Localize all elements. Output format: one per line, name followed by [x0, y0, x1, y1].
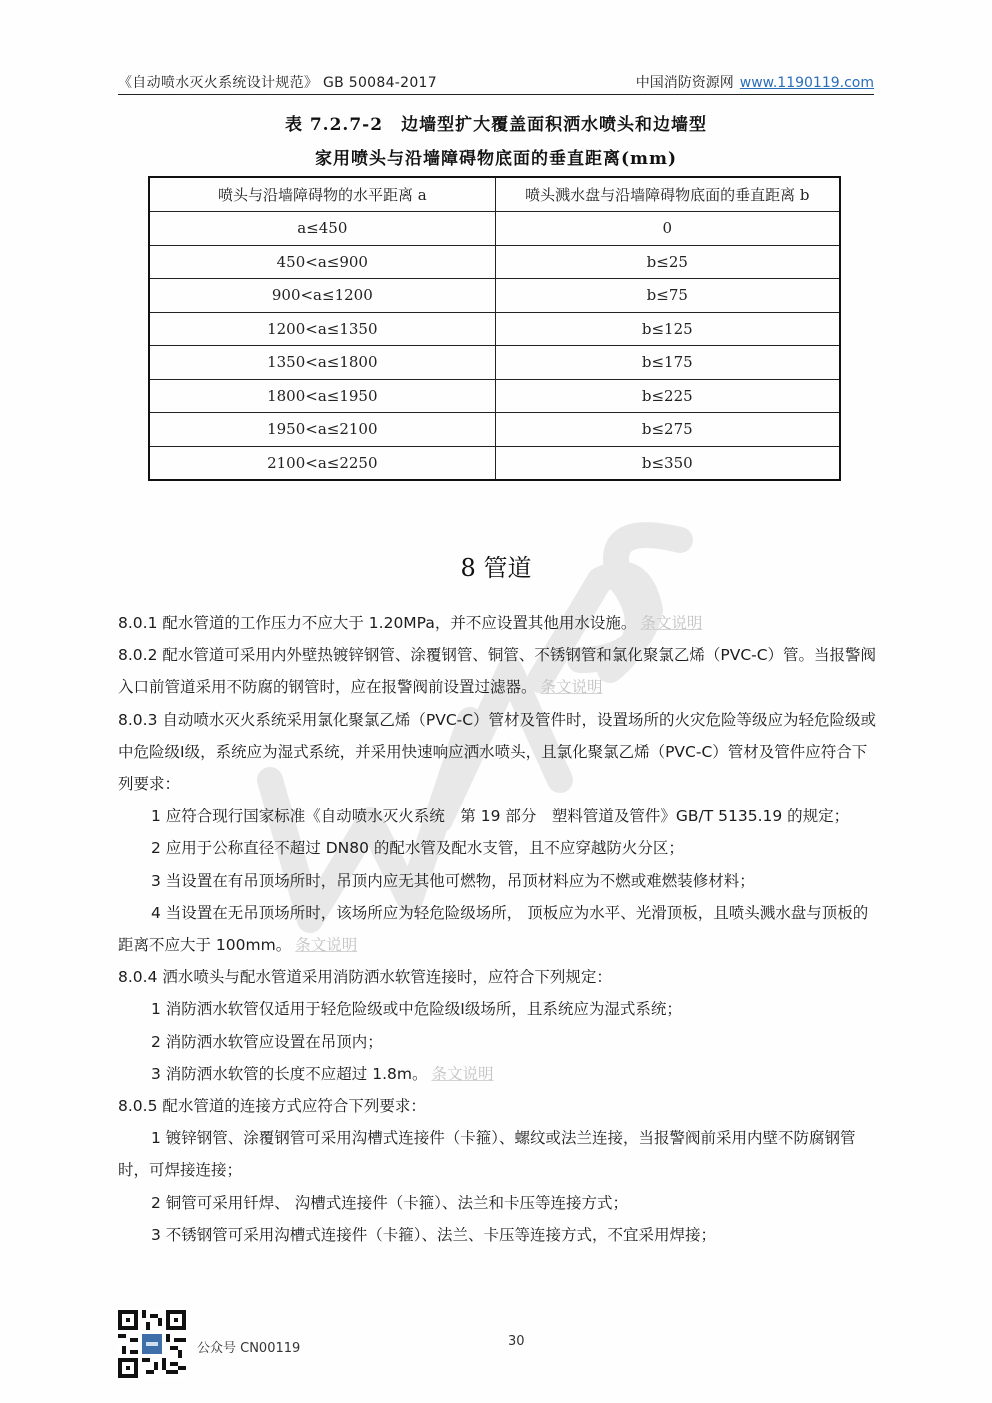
table-row: 450<a≤900b≤25: [149, 245, 840, 279]
clause-8-0-4-item-2: 2 消防洒水软管应设置在吊顶内；: [118, 1026, 880, 1058]
table-row: 900<a≤1200b≤75: [149, 279, 840, 313]
page-number: 30: [508, 1334, 525, 1349]
clause-text: 3 消防洒水软管的长度不应超过 1.8m。: [151, 1065, 427, 1083]
cell-a: 2100<a≤2250: [149, 446, 495, 480]
running-header: 《自动喷水灭火系统设计规范》 GB 50084-2017 中国消防资源网www.…: [118, 72, 874, 95]
table-row: 1950<a≤2100b≤275: [149, 413, 840, 447]
qr-code-icon[interactable]: [118, 1310, 186, 1378]
clause-8-0-3-item-3: 3 当设置在有吊顶场所时，吊顶内应无其他可燃物，吊顶材料应为不燃或难燃装修材料；: [118, 865, 880, 897]
clause-8-0-1: 8.0.1 配水管道的工作压力不应大于 1.20MPa，并不应设置其他用水设施。…: [118, 607, 880, 639]
clause-note-link[interactable]: 条文说明: [295, 936, 357, 954]
cell-b: b≤350: [495, 446, 840, 480]
clause-note-link[interactable]: 条文说明: [640, 614, 702, 632]
clause-body: 8.0.1 配水管道的工作压力不应大于 1.20MPa，并不应设置其他用水设施。…: [118, 607, 880, 1251]
table-row: 1800<a≤1950b≤225: [149, 379, 840, 413]
table-row: 1350<a≤1800b≤175: [149, 346, 840, 380]
cell-b: b≤75: [495, 279, 840, 313]
cell-b: b≤125: [495, 312, 840, 346]
site-name: 中国消防资源网: [636, 75, 734, 91]
cell-a: 1800<a≤1950: [149, 379, 495, 413]
table-row: 1200<a≤1350b≤125: [149, 312, 840, 346]
clause-text: 4 当设置在无吊顶场所时，该场所应为轻危险级场所， 顶板应为水平、光滑顶板，且喷…: [118, 904, 868, 954]
cell-b: b≤225: [495, 379, 840, 413]
table-header-row: 喷头与沿墙障碍物的水平距离 a 喷头溅水盘与沿墙障碍物底面的垂直距离 b: [149, 177, 840, 212]
wechat-account-label: 公众号 CN00119: [197, 1337, 300, 1356]
clause-8-0-5: 8.0.5 配水管道的连接方式应符合下列要求：: [118, 1090, 880, 1122]
clause-text: 8.0.1 配水管道的工作压力不应大于 1.20MPa，并不应设置其他用水设施。: [118, 614, 636, 632]
clause-8-0-3-item-2: 2 应用于公称直径不超过 DN80 的配水管及配水支管，且不应穿越防火分区；: [118, 832, 880, 864]
clause-8-0-5-item-3: 3 不锈钢管可采用沟槽式连接件（卡箍）、法兰、卡压等连接方式，不宜采用焊接；: [118, 1219, 880, 1251]
cell-a: 1950<a≤2100: [149, 413, 495, 447]
clause-8-0-3-item-1: 1 应符合现行国家标准《自动喷水灭火系统 第 19 部分 塑料管道及管件》GB/…: [118, 800, 880, 832]
cell-b: 0: [495, 212, 840, 246]
clause-8-0-4-item-3: 3 消防洒水软管的长度不应超过 1.8m。条文说明: [118, 1058, 880, 1090]
cell-b: b≤275: [495, 413, 840, 447]
cell-a: 900<a≤1200: [149, 279, 495, 313]
clause-8-0-5-item-1: 1 镀锌钢管、涂覆钢管可采用沟槽式连接件（卡箍）、螺纹或法兰连接，当报警阀前采用…: [118, 1122, 880, 1186]
clause-text: 8.0.2 配水管道可采用内外壁热镀锌钢管、涂覆钢管、铜管、不锈钢管和氯化聚氯乙…: [118, 646, 876, 696]
cell-a: 450<a≤900: [149, 245, 495, 279]
cell-b: b≤25: [495, 245, 840, 279]
clause-8-0-2: 8.0.2 配水管道可采用内外壁热镀锌钢管、涂覆钢管、铜管、不锈钢管和氯化聚氯乙…: [118, 639, 880, 703]
table-row: a≤4500: [149, 212, 840, 246]
clause-8-0-3-item-4: 4 当设置在无吊顶场所时，该场所应为轻危险级场所， 顶板应为水平、光滑顶板，且喷…: [118, 897, 880, 961]
column-header-horizontal-distance: 喷头与沿墙障碍物的水平距离 a: [149, 177, 495, 212]
clause-8-0-4-item-1: 1 消防洒水软管仅适用于轻危险级或中危险级Ⅰ级场所，且系统应为湿式系统；: [118, 993, 880, 1025]
clause-note-link[interactable]: 条文说明: [431, 1065, 493, 1083]
section-title: 8 管道: [0, 548, 992, 583]
table-caption-line-1: 表 7.2.7-2 边墙型扩大覆盖面积洒水喷头和边墙型: [0, 110, 992, 135]
clause-8-0-4: 8.0.4 洒水喷头与配水管道采用消防洒水软管连接时，应符合下列规定：: [118, 961, 880, 993]
clause-8-0-5-item-2: 2 铜管可采用钎焊、 沟槽式连接件（卡箍）、法兰和卡压等连接方式；: [118, 1187, 880, 1219]
document-page: 《自动喷水灭火系统设计规范》 GB 50084-2017 中国消防资源网www.…: [0, 0, 992, 1403]
cell-a: 1350<a≤1800: [149, 346, 495, 380]
column-header-vertical-distance: 喷头溅水盘与沿墙障碍物底面的垂直距离 b: [495, 177, 840, 212]
site-credit: 中国消防资源网www.1190119.com: [636, 72, 874, 92]
table-caption-line-2: 家用喷头与沿墙障碍物底面的垂直距离(mm): [0, 144, 992, 169]
cell-a: a≤450: [149, 212, 495, 246]
cell-b: b≤175: [495, 346, 840, 380]
clause-note-link[interactable]: 条文说明: [541, 678, 603, 696]
clause-8-0-3: 8.0.3 自动喷水灭火系统采用氯化聚氯乙烯（PVC-C）管材及管件时，设置场所…: [118, 704, 880, 801]
table-row: 2100<a≤2250b≤350: [149, 446, 840, 480]
cell-a: 1200<a≤1350: [149, 312, 495, 346]
distance-table: 喷头与沿墙障碍物的水平距离 a 喷头溅水盘与沿墙障碍物底面的垂直距离 b a≤4…: [148, 176, 841, 481]
document-title: 《自动喷水灭火系统设计规范》 GB 50084-2017: [118, 72, 437, 92]
site-url-link[interactable]: www.1190119.com: [740, 75, 874, 91]
